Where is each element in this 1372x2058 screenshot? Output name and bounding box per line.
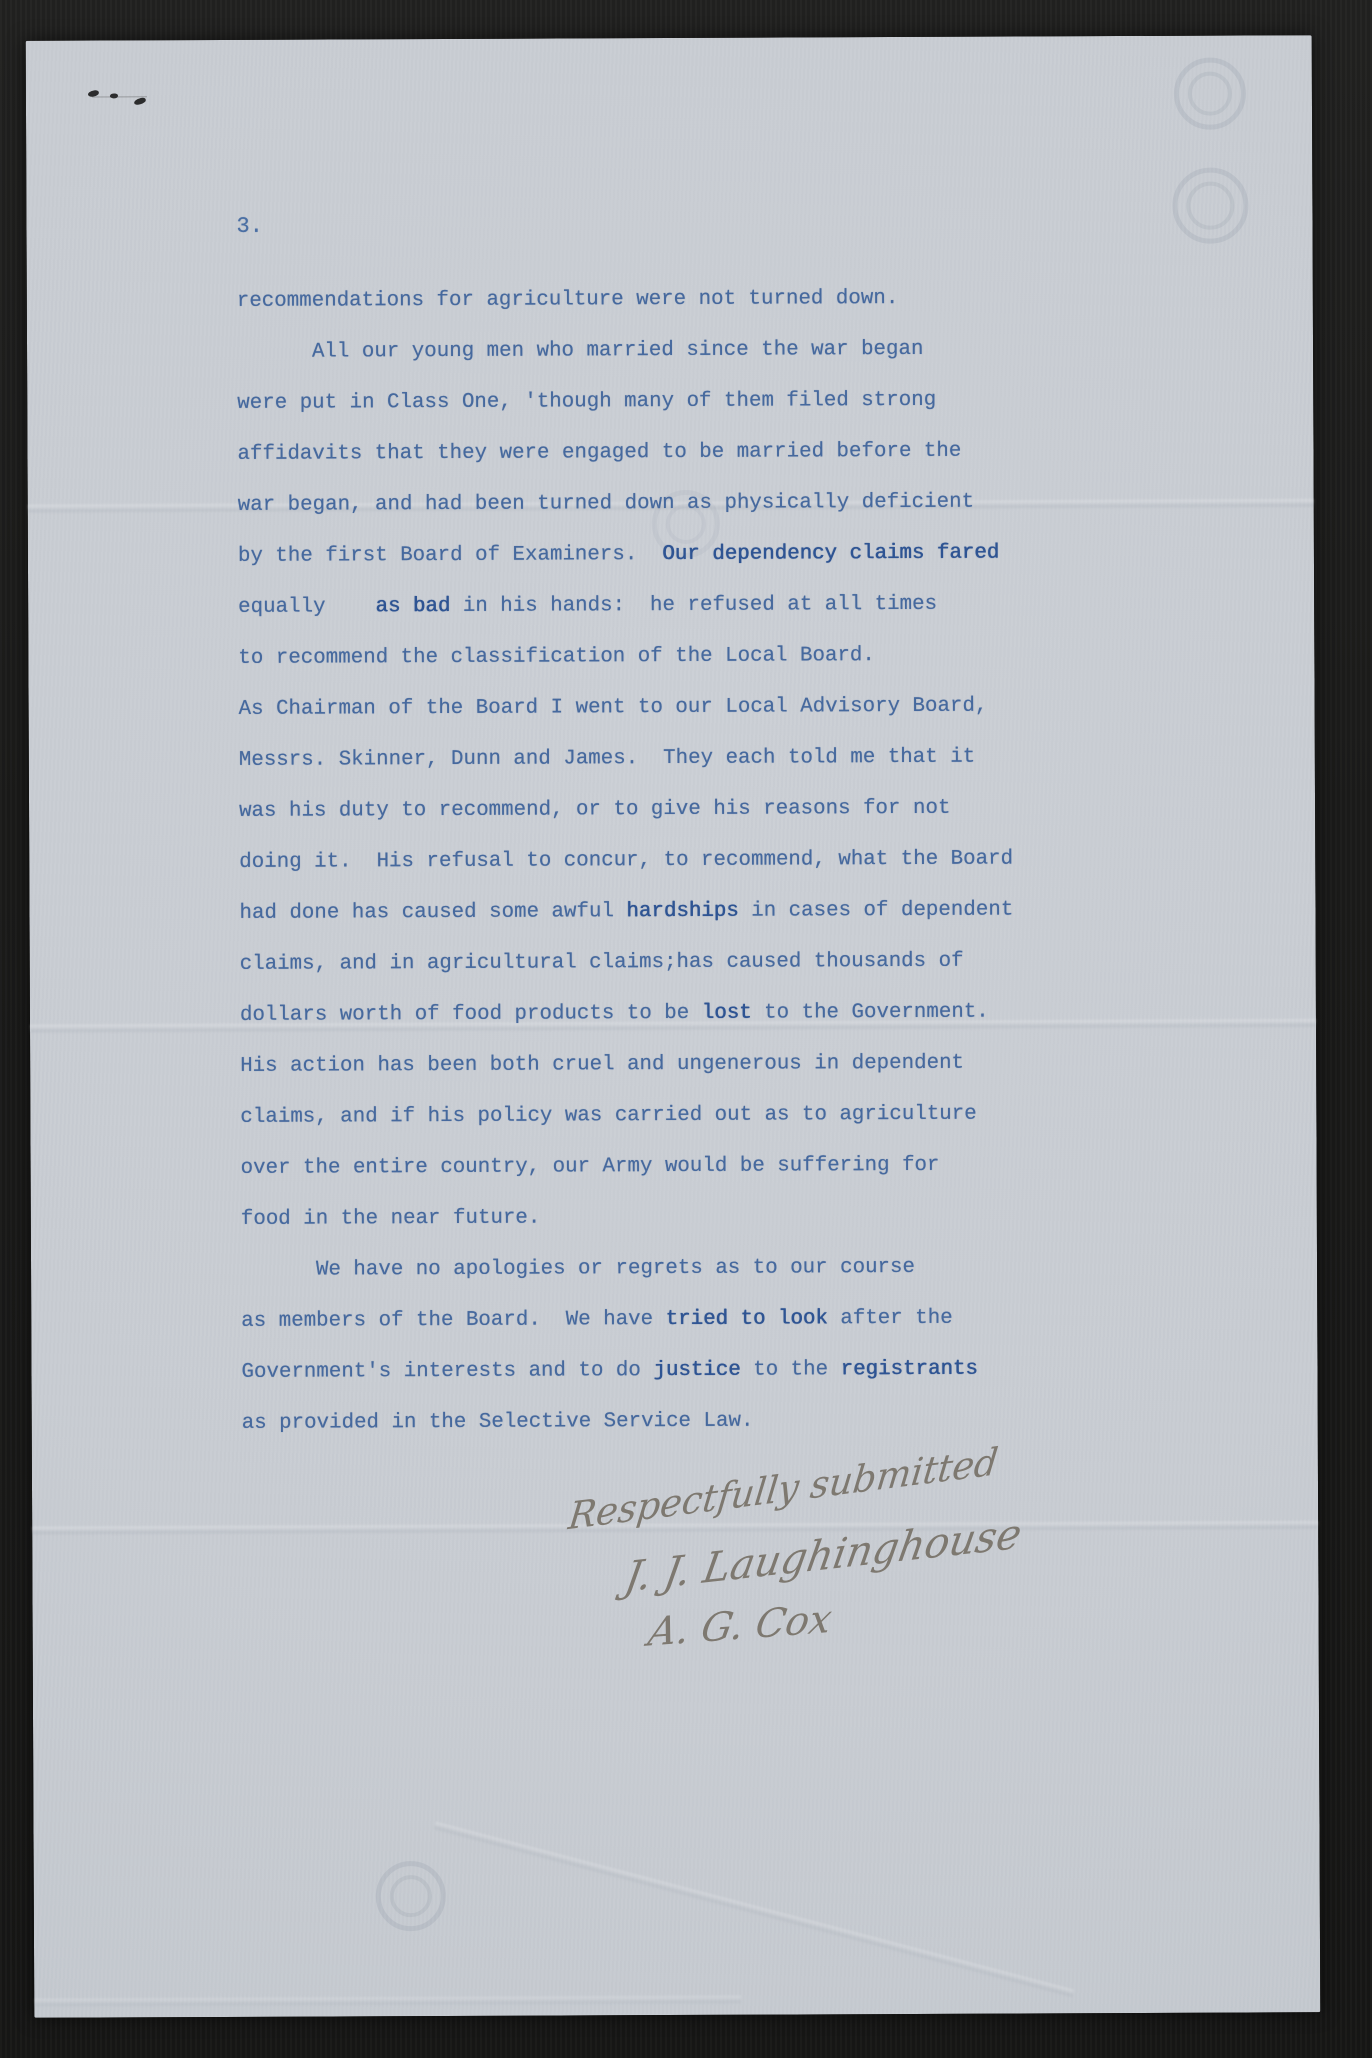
typed-segment: Government's interests and to do <box>241 1359 653 1384</box>
typed-segment: to the <box>741 1358 841 1381</box>
typed-segment: food in the near future. <box>241 1207 541 1231</box>
typed-line: affidavits that they were engaged to be … <box>237 425 1057 480</box>
typed-line: claims, and in agricultural claims;has c… <box>240 935 1060 990</box>
typed-segment: had done has caused some awful <box>239 900 626 925</box>
typed-line: over the entire country, our Army would … <box>241 1139 1061 1194</box>
typed-segment: to recommend the classification of the L… <box>238 644 875 670</box>
signature-cox: A. G. Cox <box>645 1597 835 1656</box>
typed-line: had done has caused some awful hardships… <box>239 884 1059 939</box>
scan-background: 3. recommendations for agriculture were … <box>0 0 1372 2058</box>
typed-segment: Our dependency claims fared <box>662 542 999 566</box>
typed-line: Messrs. Skinner, Dunn and James. They ea… <box>239 731 1059 786</box>
typed-segment: Messrs. Skinner, Dunn and James. They ea… <box>239 746 975 772</box>
typed-segment: As Chairman of the Board I went to our L… <box>239 695 988 721</box>
typed-line: was his duty to recommend, or to give hi… <box>239 782 1059 837</box>
typed-segment: were put in Class One, 'though many of t… <box>237 389 936 415</box>
typed-line: recommendations for agriculture were not… <box>237 272 1057 327</box>
typed-segment: We have no apologies or regrets as to ou… <box>241 1256 915 1282</box>
typed-segment: claims, and if his policy was carried ou… <box>240 1103 976 1129</box>
typed-segment: as members of the Board. We have <box>241 1308 665 1333</box>
typed-segment: by the first Board of Examiners. <box>238 543 662 568</box>
typed-line: As Chairman of the Board I went to our L… <box>239 680 1059 735</box>
typed-line: All our young men who married since the … <box>237 323 1057 378</box>
typed-line: war began, and had been turned down as p… <box>238 476 1058 531</box>
typed-segment: recommendations for agriculture were not… <box>237 287 899 313</box>
watermark-ring <box>1172 167 1248 243</box>
page-number: 3. <box>236 214 263 239</box>
typed-segment: tried to look <box>666 1307 828 1331</box>
typed-line: claims, and if his policy was carried ou… <box>240 1088 1060 1143</box>
ink-speck <box>133 97 146 106</box>
typed-segment: His action has been both cruel and ungen… <box>240 1052 964 1078</box>
typed-line: by the first Board of Examiners. Our dep… <box>238 527 1058 582</box>
typed-line: We have no apologies or regrets as to ou… <box>241 1241 1061 1296</box>
typed-line: to recommend the classification of the L… <box>238 629 1058 684</box>
typed-segment: in his hands: he refused at all times <box>450 593 937 618</box>
typed-line: His action has been both cruel and ungen… <box>240 1037 1060 1092</box>
paper: 3. recommendations for agriculture were … <box>26 35 1321 2018</box>
typed-segment: lost <box>702 1002 752 1025</box>
typed-segment: dollars worth of food products to be <box>240 1002 702 1027</box>
typed-segment: equally <box>238 595 375 619</box>
typed-line: doing it. His refusal to concur, to reco… <box>239 833 1059 888</box>
typed-segment: after the <box>828 1307 953 1331</box>
typed-segment: as bad <box>375 595 450 618</box>
watermark-ring <box>376 1861 446 1931</box>
typed-segment: as provided in the Selective Service Law… <box>242 1410 754 1435</box>
typed-segment: war began, and had been turned down as p… <box>238 491 974 517</box>
typed-segment: to the Government. <box>752 1001 989 1025</box>
typed-segment: registrants <box>841 1358 978 1382</box>
fold-crease-diagonal <box>434 1822 1075 1999</box>
typed-segment: affidavits that they were engaged to be … <box>237 440 961 466</box>
typed-line: food in the near future. <box>241 1190 1061 1245</box>
typed-line: as members of the Board. We have tried t… <box>241 1292 1061 1347</box>
typed-line: were put in Class One, 'though many of t… <box>237 374 1057 429</box>
typed-segment: All our young men who married since the … <box>237 338 924 364</box>
fold-crease <box>34 1996 741 2008</box>
typed-segment: hardships <box>626 900 738 923</box>
watermark-ring <box>1174 57 1246 129</box>
typed-line: as provided in the Selective Service Law… <box>242 1394 1062 1449</box>
typed-line: dollars worth of food products to be los… <box>240 986 1060 1041</box>
typed-line: Government's interests and to do justice… <box>241 1343 1061 1398</box>
typed-segment: justice <box>653 1359 740 1382</box>
typed-segment: doing it. His refusal to concur, to reco… <box>239 848 1013 874</box>
typed-lines: recommendations for agriculture were not… <box>237 272 1062 1449</box>
typed-segment: over the entire country, our Army would … <box>241 1154 940 1180</box>
typed-segment: was his duty to recommend, or to give hi… <box>239 797 950 823</box>
typed-line: equally as bad in his hands: he refused … <box>238 578 1058 633</box>
typed-segment: in cases of dependent <box>739 899 1014 923</box>
typed-segment: claims, and in agricultural claims;has c… <box>240 950 964 976</box>
